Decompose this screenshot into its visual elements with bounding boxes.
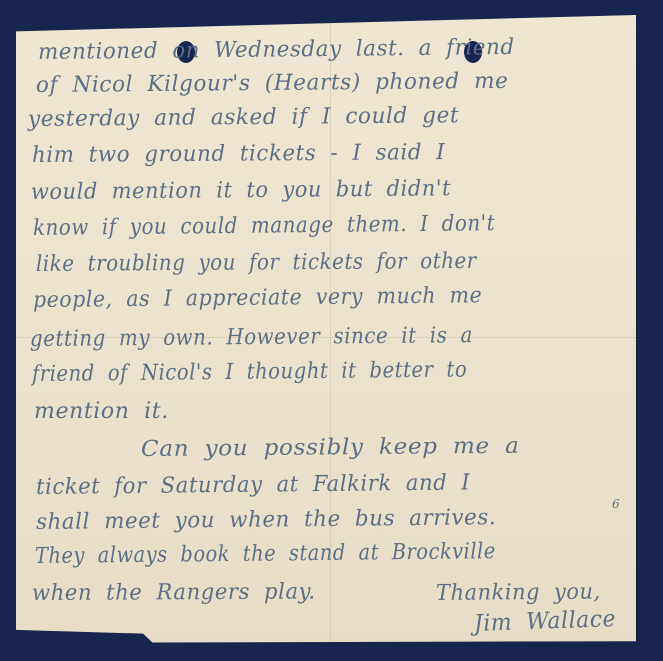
letter-line-1: mentioned on Wednesday last. a friend <box>38 35 515 65</box>
signature: Jim Wallace <box>474 606 617 637</box>
letter-line-13: ticket for Saturday at Falkirk and I <box>36 470 471 500</box>
letter-line-10: friend of Nicol's I thought it better to <box>32 357 467 387</box>
letter-line-11: mention it. <box>34 399 169 424</box>
letter-page: mentioned on Wednesday last. a friend of… <box>16 15 636 645</box>
letter-line-15: They always book the stand at Brockville <box>35 539 496 569</box>
letter-line-9: getting my own. However since it is a <box>30 323 473 352</box>
letter-line-4: him two ground tickets - I said I <box>32 140 445 168</box>
closing-text: Thanking you, <box>436 580 601 606</box>
letter-line-3: yesterday and asked if I could get <box>28 103 459 132</box>
letter-line-8: people, as I appreciate very much me <box>33 283 483 313</box>
letter-line-14: shall meet you when the bus arrives. <box>36 505 496 535</box>
letter-line-7: like troubling you for tickets for other <box>36 249 477 277</box>
letter-line-5: would mention it to you but didn't <box>31 176 451 205</box>
letter-line-12: Can you possibly keep me a <box>141 434 520 462</box>
letter-line-6: know if you could manage them. I don't <box>33 211 495 241</box>
margin-mark: 6 <box>612 497 620 511</box>
letter-line-16: when the Rangers play. <box>32 580 316 606</box>
letter-line-2: of Nicol Kilgour's (Hearts) phoned me <box>36 69 509 98</box>
